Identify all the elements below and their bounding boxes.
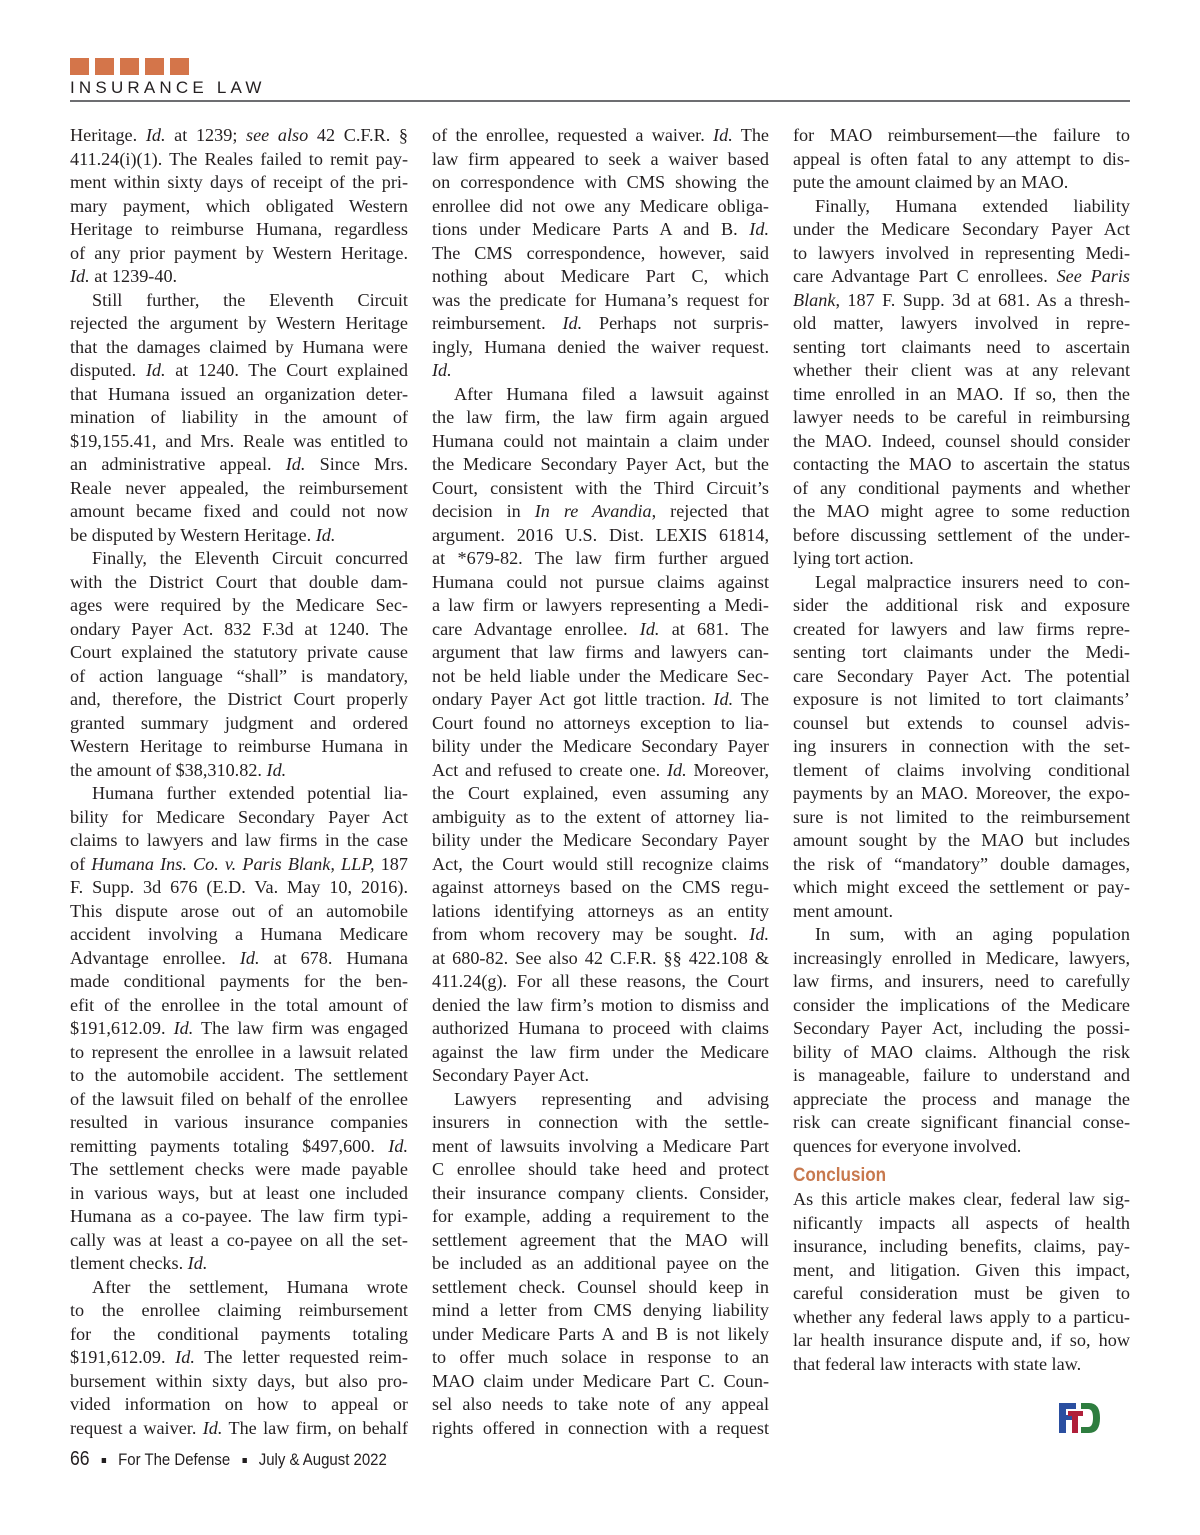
text-line: authorized Humana to proceed with claims (432, 1017, 769, 1041)
text-line: was the predicate for Humana’s request f… (432, 289, 769, 313)
text-line: Humana as a co-payee. The law firm typi- (70, 1205, 408, 1229)
text-line: quences for everyone involved. (793, 1135, 1130, 1159)
text-line: granted summary judgment and ordered (70, 712, 408, 736)
text-line: tlement of claims involving conditional (793, 759, 1130, 783)
text-line: denied the law firm’s motion to dismiss … (432, 994, 769, 1018)
text-line: claims to lawyers and law firms in the c… (70, 829, 408, 853)
text-line: sider the additional risk and exposure (793, 594, 1130, 618)
text-line: senting tort claimants need to ascertain (793, 336, 1130, 360)
text-line: a law firm or lawyers representing a Med… (432, 594, 769, 618)
text-line: After Humana filed a lawsuit against (432, 383, 769, 407)
text-line: Humana further extended potential lia- (70, 782, 408, 806)
text-line: of the enrollee, requested a waiver. Id.… (432, 124, 769, 148)
text-line: the MAO. Indeed, counsel should consider (793, 430, 1130, 454)
text-line: ages were required by the Medicare Sec- (70, 594, 408, 618)
text-line: ment of lawsuits involving a Medicare Pa… (432, 1135, 769, 1159)
text-line: Secondary Payer Act, including the possi… (793, 1017, 1130, 1041)
text-line: be disputed by Western Heritage. Id. (70, 524, 408, 548)
text-line: lar health insurance dispute and, if so,… (793, 1329, 1130, 1353)
text-line: remitting payments totaling $497,600. Id… (70, 1135, 408, 1159)
text-line: mary payment, which obligated Western (70, 195, 408, 219)
text-line: lying tort action. (793, 547, 1130, 571)
text-line: for example, adding a requirement to the (432, 1205, 769, 1229)
text-line: be included as an additional payee on th… (432, 1252, 769, 1276)
text-line: settlement agreement that the MAO will (432, 1229, 769, 1253)
section-heading: Conclusion (793, 1164, 1096, 1188)
text-line: The CMS correspondence, however, said (432, 242, 769, 266)
page-number: 66 (70, 1448, 90, 1470)
text-line: the Medicare Secondary Payer Act, but th… (432, 453, 769, 477)
text-line: ment within sixty days of receipt of the… (70, 171, 408, 195)
text-line: bility under the Medicare Secondary Paye… (432, 829, 769, 853)
text-line: an administrative appeal. Id. Since Mrs. (70, 453, 408, 477)
bullet-separator (242, 1458, 246, 1463)
text-line: ondary Payer Act got little traction. Id… (432, 688, 769, 712)
text-line: bility of MAO claims. Although the risk (793, 1041, 1130, 1065)
text-line: Heritage. Id. at 1239; see also 42 C.F.R… (70, 124, 408, 148)
text-line: the law firm, the law firm again argued (432, 406, 769, 430)
text-line: Act, the Court would still recognize cla… (432, 853, 769, 877)
text-line: request a waiver. Id. The law firm, on b… (70, 1417, 408, 1441)
text-line: for the conditional payments totaling (70, 1323, 408, 1347)
text-line: created for lawyers and law firms repre- (793, 618, 1130, 642)
text-line: argument that law firms and lawyers can- (432, 641, 769, 665)
text-line: before discussing settlement of the unde… (793, 524, 1130, 548)
accent-square (95, 58, 114, 75)
text-line: is manageable, failure to understand and (793, 1064, 1130, 1088)
text-line: to the automobile accident. The settleme… (70, 1064, 408, 1088)
text-line: bility for Medicare Secondary Payer Act (70, 806, 408, 830)
text-line: pute the amount claimed by an MAO. (793, 171, 1130, 195)
text-line: $19,155.41, and Mrs. Reale was entitled … (70, 430, 408, 454)
text-line: the Court explained, even assuming any (432, 782, 769, 806)
text-line: sel also needs to take note of any appea… (432, 1393, 769, 1417)
text-line: insurance, including benefits, claims, p… (793, 1235, 1130, 1259)
text-line: for MAO reimbursement—the failure to (793, 124, 1130, 148)
text-line: made conditional payments for the ben- (70, 970, 408, 994)
text-line: counsel but extends to counsel advis- (793, 712, 1130, 736)
text-line: that Humana issued an organization deter… (70, 383, 408, 407)
text-line: whether any federal laws apply to a part… (793, 1306, 1130, 1330)
article-column-2: of the enrollee, requested a waiver. Id.… (432, 124, 769, 1440)
text-line: enrollee did not owe any Medicare obliga… (432, 195, 769, 219)
text-line: in various ways, but at least one includ… (70, 1182, 408, 1206)
text-line: care Advantage Part C enrollees. See Par… (793, 265, 1130, 289)
text-line: that federal law interacts with state la… (793, 1353, 1130, 1377)
text-line: on correspondence with CMS showing the (432, 171, 769, 195)
text-line: appreciate the process and manage the (793, 1088, 1130, 1112)
text-line: Still further, the Eleventh Circuit (70, 289, 408, 313)
text-line: their insurance company clients. Conside… (432, 1182, 769, 1206)
text-line: ment, and litigation. Given this impact, (793, 1259, 1130, 1283)
text-line: old matter, lawyers involved in repre- (793, 312, 1130, 336)
text-line: Court explained the statutory private ca… (70, 641, 408, 665)
text-line: mind a letter from CMS denying liability (432, 1299, 769, 1323)
text-line: Finally, Humana extended liability (793, 195, 1130, 219)
text-line: whether their client was at any relevant (793, 359, 1130, 383)
ftd-logo-icon (1059, 1402, 1101, 1434)
text-line: and, therefore, the District Court prope… (70, 688, 408, 712)
text-line: ondary Payer Act. 832 F.3d at 1240. The (70, 618, 408, 642)
text-line: Humana could not pursue claims against (432, 571, 769, 595)
text-line: not be held liable under the Medicare Se… (432, 665, 769, 689)
text-line: of Humana Ins. Co. v. Paris Blank, LLP, … (70, 853, 408, 877)
text-line: Lawyers representing and advising (432, 1088, 769, 1112)
text-line: amount became fixed and could not now (70, 500, 408, 524)
accent-square (145, 58, 164, 75)
text-line: to lawyers involved in representing Medi… (793, 242, 1130, 266)
text-line: against the law firm under the Medicare (432, 1041, 769, 1065)
text-line: law firm appeared to seek a waiver based (432, 148, 769, 172)
text-line: the amount of $38,310.82. Id. (70, 759, 408, 783)
text-line: Court found no attorneys exception to li… (432, 712, 769, 736)
text-line: bility under the Medicare Secondary Paye… (432, 735, 769, 759)
text-line: of any conditional payments and whether (793, 477, 1130, 501)
text-line: to represent the enrollee in a lawsuit r… (70, 1041, 408, 1065)
accent-squares (70, 58, 1130, 76)
text-line: Reale never appealed, the reimbursement (70, 477, 408, 501)
text-line: Secondary Payer Act. (432, 1064, 769, 1088)
text-line: at 680-82. See also 42 C.F.R. §§ 422.108… (432, 947, 769, 971)
text-line: nificantly impacts all aspects of health (793, 1212, 1130, 1236)
text-line: from whom recovery may be sought. Id. (432, 923, 769, 947)
text-line: $191,612.09. Id. The law firm was engage… (70, 1017, 408, 1041)
text-line: 411.24(i)(1). The Reales failed to remit… (70, 148, 408, 172)
text-line: senting tort claimants under the Medi- (793, 641, 1130, 665)
accent-square (170, 58, 189, 75)
text-line: lawyer needs to be careful in reimbursin… (793, 406, 1130, 430)
text-line: Western Heritage to reimburse Humana in (70, 735, 408, 759)
text-line: The settlement checks were made payable (70, 1158, 408, 1182)
text-line: accident involving a Humana Medicare (70, 923, 408, 947)
text-line: careful consideration must be given to (793, 1282, 1130, 1306)
bullet-separator (102, 1458, 106, 1463)
text-line: rights offered in connection with a requ… (432, 1417, 769, 1441)
text-line: $191,612.09. Id. The letter requested re… (70, 1346, 408, 1370)
text-line: consider the implications of the Medicar… (793, 994, 1130, 1018)
article-column-1: Heritage. Id. at 1239; see also 42 C.F.R… (70, 124, 408, 1440)
text-line: ingly, Humana denied the waiver request. (432, 336, 769, 360)
text-line: against attorneys based on the CMS regu- (432, 876, 769, 900)
text-line: MAO claim under Medicare Part C. Coun- (432, 1370, 769, 1394)
text-line: ment amount. (793, 900, 1130, 924)
accent-square (120, 58, 139, 75)
text-line: care Secondary Payer Act. The potential (793, 665, 1130, 689)
text-line: under the Medicare Secondary Payer Act (793, 218, 1130, 242)
accent-square (70, 58, 89, 75)
text-line: ambiguity as to the extent of attorney l… (432, 806, 769, 830)
text-line: efit of the enrollee in the total amount… (70, 994, 408, 1018)
text-line: Blank, 187 F. Supp. 3d at 681. As a thre… (793, 289, 1130, 313)
text-line: tlement checks. Id. (70, 1252, 408, 1276)
text-line: contacting the MAO to ascertain the stat… (793, 453, 1130, 477)
text-line: to the enrollee claiming reimbursement (70, 1299, 408, 1323)
text-line: exposure is not limited to tort claimant… (793, 688, 1130, 712)
article-column-3: for MAO reimbursement—the failure toappe… (793, 124, 1130, 1376)
text-line: sure is not limited to the reimbursement (793, 806, 1130, 830)
text-line: Act and refused to create one. Id. Moreo… (432, 759, 769, 783)
text-line: of the lawsuit filed on behalf of the en… (70, 1088, 408, 1112)
text-line: of any prior payment by Western Heritage… (70, 242, 408, 266)
text-line: law firms, and insurers, need to careful… (793, 970, 1130, 994)
text-line: Id. at 1239-40. (70, 265, 408, 289)
issue-date: July & August 2022 (259, 1450, 387, 1469)
text-line: which might exceed the settlement or pay… (793, 876, 1130, 900)
text-line: After the settlement, Humana wrote (70, 1276, 408, 1300)
text-line: care Advantage enrollee. Id. at 681. The (432, 618, 769, 642)
text-line: lations identifying attorneys as an enti… (432, 900, 769, 924)
text-line: rejected the argument by Western Heritag… (70, 312, 408, 336)
text-line: to offer much solace in response to an (432, 1346, 769, 1370)
text-line: appeal is often fatal to any attempt to … (793, 148, 1130, 172)
text-line: 411.24(g). For all these reasons, the Co… (432, 970, 769, 994)
text-line: the risk of “mandatory” double damages, (793, 853, 1130, 877)
text-line: Court, consistent with the Third Circuit… (432, 477, 769, 501)
text-line: settlement check. Counsel should keep in (432, 1276, 769, 1300)
text-line: tions under Medicare Parts A and B. Id. (432, 218, 769, 242)
text-line: As this article makes clear, federal law… (793, 1188, 1130, 1212)
text-line: insurers in connection with the settle- (432, 1111, 769, 1135)
text-line: reimbursement. Id. Perhaps not surpris- (432, 312, 769, 336)
text-line: vided information on how to appeal or (70, 1393, 408, 1417)
page-footer: 66 For The Defense July & August 2022 (70, 1448, 387, 1471)
text-line: mination of liability in the amount of (70, 406, 408, 430)
text-line: bursement within sixty days, but also pr… (70, 1370, 408, 1394)
text-line: argument. 2016 U.S. Dist. LEXIS 61814, (432, 524, 769, 548)
text-line: of action language “shall” is mandatory, (70, 665, 408, 689)
text-line: Id. (432, 359, 769, 383)
text-line: Heritage to reimburse Humana, regardless (70, 218, 408, 242)
text-line: with the District Court that double dam- (70, 571, 408, 595)
text-line: under Medicare Parts A and B is not like… (432, 1323, 769, 1347)
text-line: This dispute arose out of an automobile (70, 900, 408, 924)
text-line: resulted in various insurance companies (70, 1111, 408, 1135)
text-line: Advantage enrollee. Id. at 678. Humana (70, 947, 408, 971)
section-header: INSURANCE LAW (70, 58, 1130, 98)
text-line: decision in In re Avandia, rejected that (432, 500, 769, 524)
text-line: F. Supp. 3d 676 (E.D. Va. May 10, 2016). (70, 876, 408, 900)
text-line: Legal malpractice insurers need to con- (793, 571, 1130, 595)
text-line: cally was at least a co-payee on all the… (70, 1229, 408, 1253)
section-title: INSURANCE LAW (70, 78, 1130, 98)
text-line: the MAO might agree to some reduction (793, 500, 1130, 524)
text-line: amount sought by the MAO but includes (793, 829, 1130, 853)
text-line: that the damages claimed by Humana were (70, 336, 408, 360)
text-line: increasingly enrolled in Medicare, lawye… (793, 947, 1130, 971)
publication-name: For The Defense (118, 1450, 230, 1469)
text-line: nothing about Medicare Part C, which (432, 265, 769, 289)
text-line: Humana could not maintain a claim under (432, 430, 769, 454)
text-line: payments by an MAO. Moreover, the expo- (793, 782, 1130, 806)
text-line: Finally, the Eleventh Circuit concurred (70, 547, 408, 571)
text-line: disputed. Id. at 1240. The Court explain… (70, 359, 408, 383)
text-line: ing insurers in connection with the set- (793, 735, 1130, 759)
text-line: at *679-82. The law firm further argued (432, 547, 769, 571)
text-line: In sum, with an aging population (793, 923, 1130, 947)
text-line: C enrollee should take heed and protect (432, 1158, 769, 1182)
text-line: time enrolled in an MAO. If so, then the (793, 383, 1130, 407)
text-line: risk can create significant financial co… (793, 1111, 1130, 1135)
header-divider (70, 100, 1130, 102)
